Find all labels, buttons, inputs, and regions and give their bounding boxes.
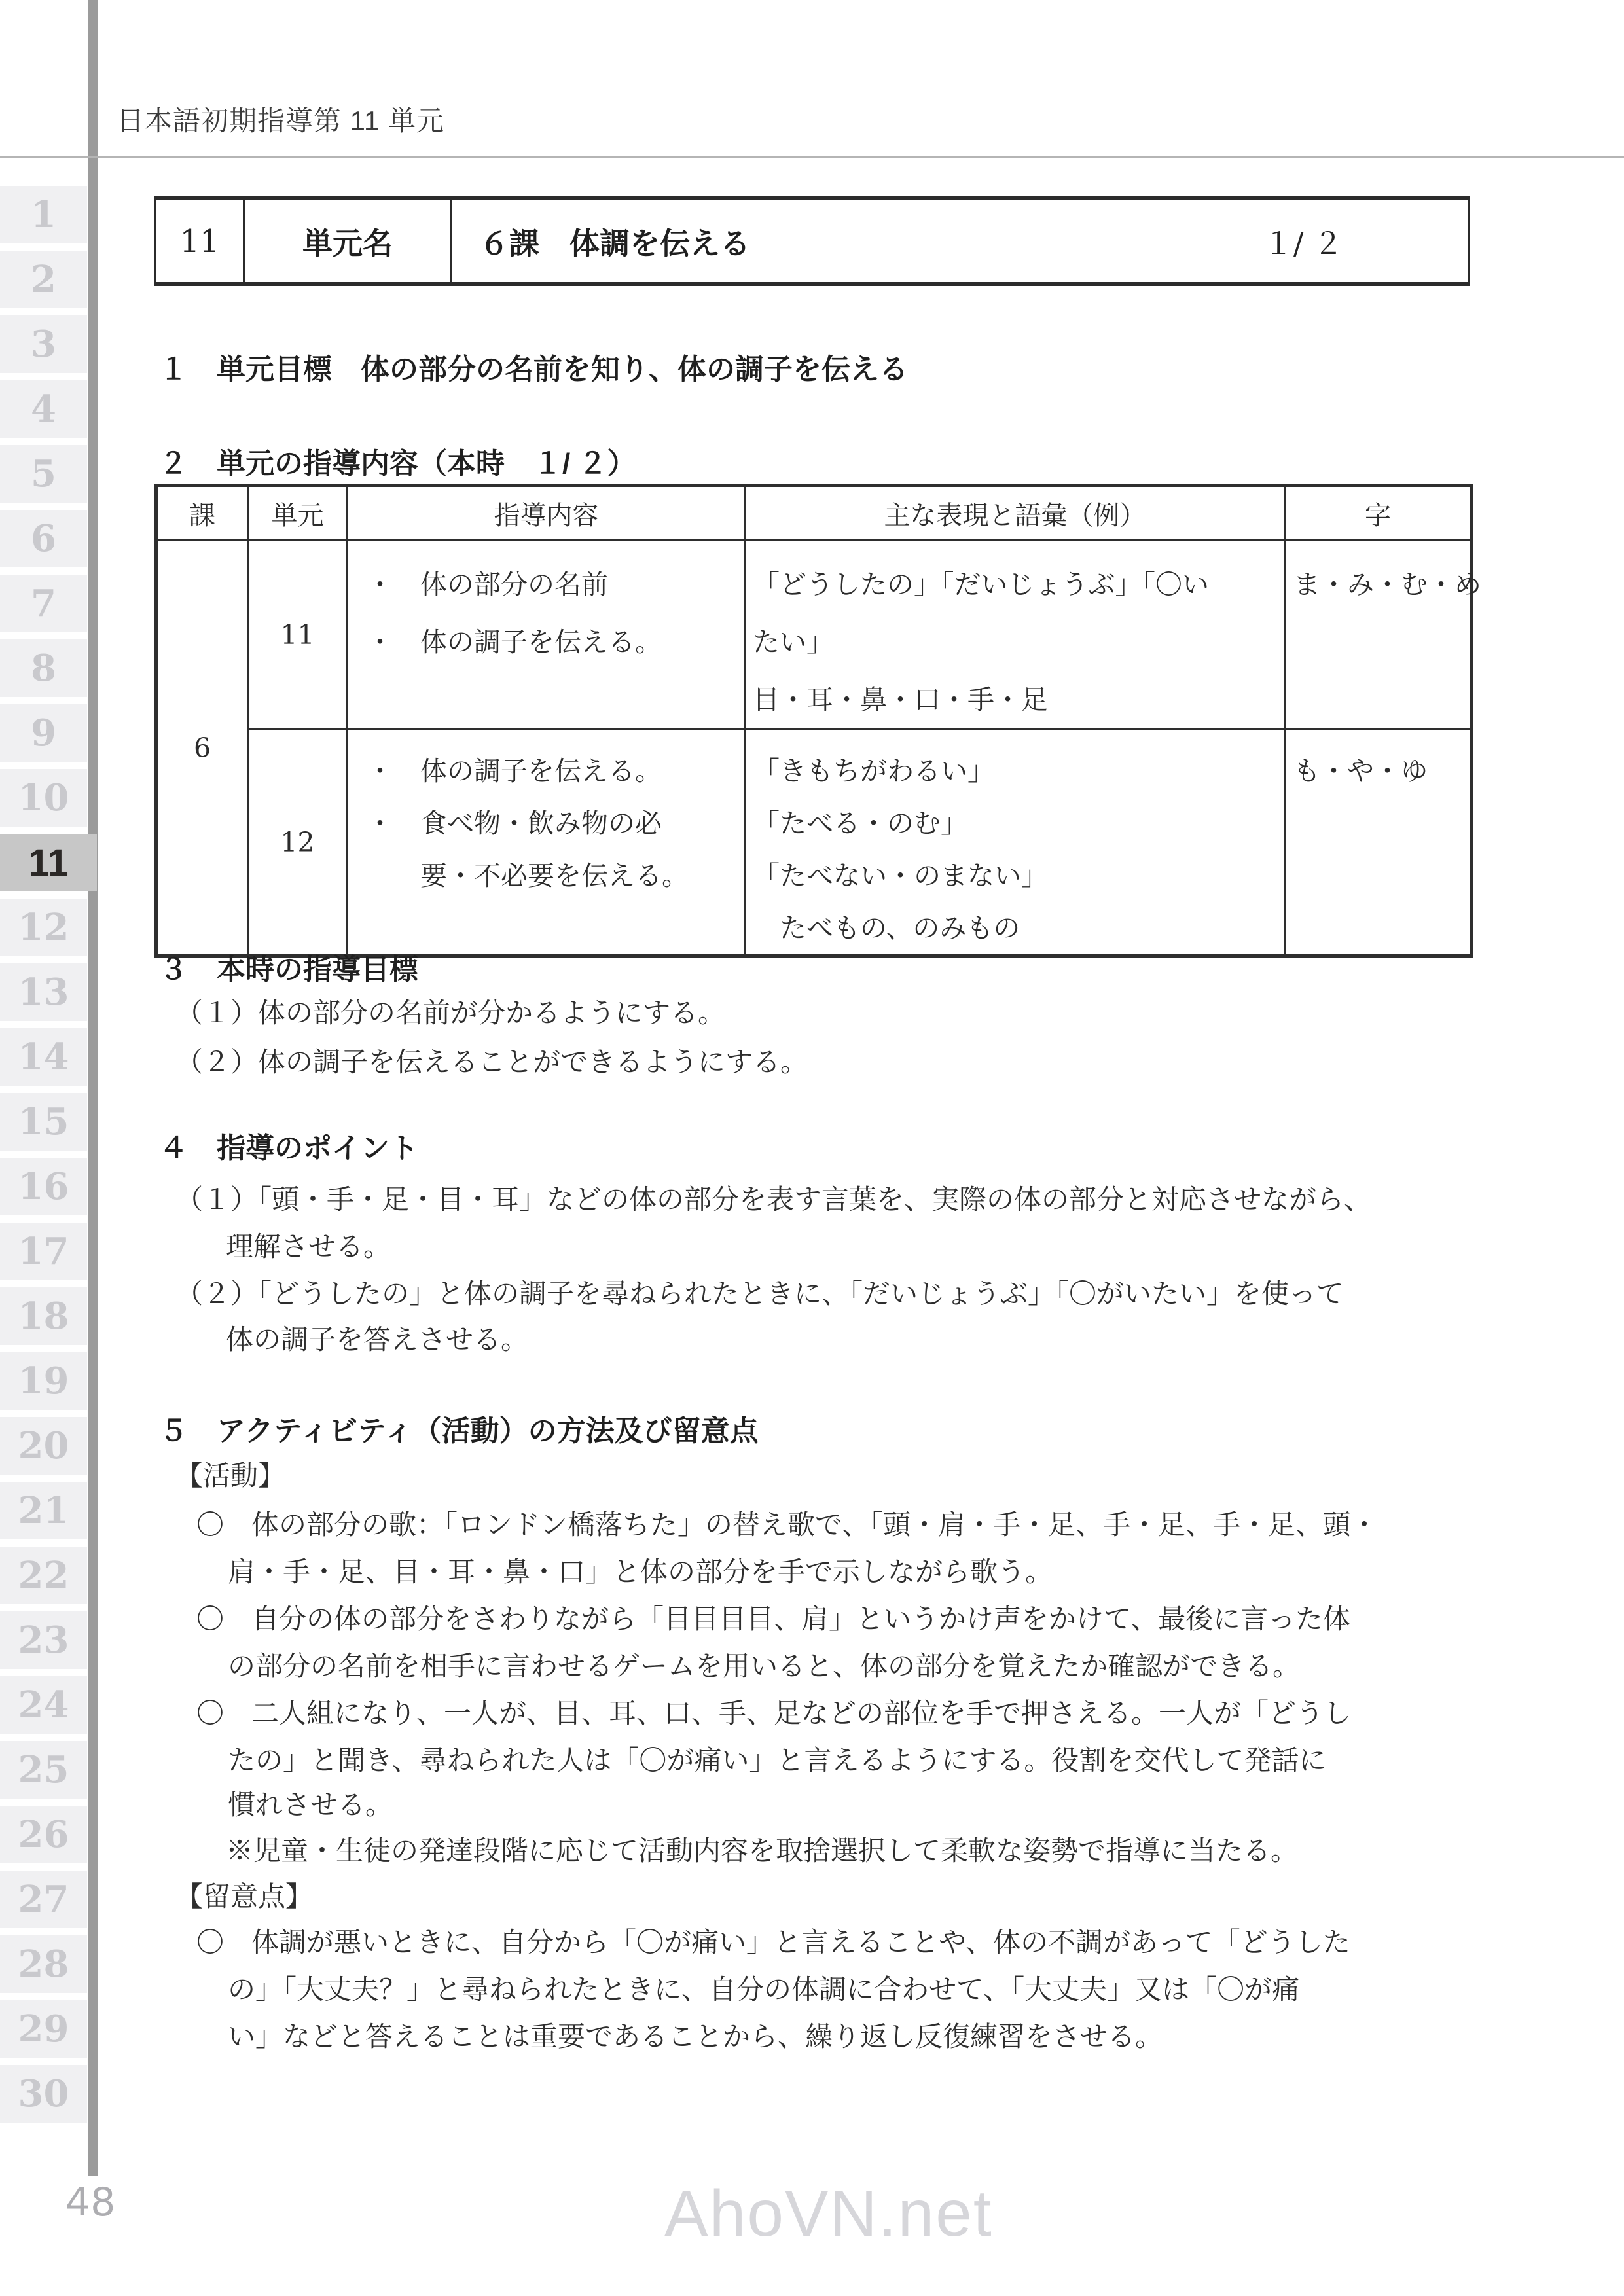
sidebar-tab-30[interactable]: 30 (0, 2065, 87, 2123)
col-header-unit: 単元 (248, 486, 348, 541)
sidebar-tab-2[interactable]: 2 (0, 251, 87, 308)
unit-title-wrap: ６課 体調を伝える １/ ２ (453, 220, 1468, 263)
caution-label: 【留意点】 (175, 1875, 313, 1914)
sidebar-tab-13[interactable]: 13 (0, 963, 87, 1021)
unit12-expr-line1: 「きもちがわるい」 (753, 745, 1284, 797)
unit11-content-line2: ・ 体の調子を伝える。 (367, 613, 744, 671)
sidebar-tab-3[interactable]: 3 (0, 315, 87, 373)
col-header-expressions: 主な表現と語彙（例） (746, 486, 1285, 541)
sidebar-tab-4[interactable]: 4 (0, 380, 87, 438)
table-row-unit12: 12 ・ 体の調子を伝える。 ・ 食べ物・飲み物の必 要・不必要を伝える。 「き… (156, 730, 1472, 956)
sidebar-tab-10[interactable]: 10 (0, 769, 87, 827)
section2-heading: ２ 単元の指導内容（本時 １/ ２） (159, 440, 636, 482)
sidebar-tab-19[interactable]: 19 (0, 1352, 87, 1410)
unit12-expr-line3: 「たべない・のまない」 (753, 850, 1284, 902)
col-header-characters: 字 (1285, 486, 1472, 541)
sidebar-tab-5[interactable]: 5 (0, 445, 87, 503)
unit11-expressions-cell: 「どうしたの」「だいじょうぶ」「〇い たい」 目・耳・鼻・口・手・足 (746, 541, 1285, 730)
sidebar-tab-25[interactable]: 25 (0, 1741, 87, 1799)
section3-heading: ３ 本時の指導目標 (159, 946, 418, 988)
activity3-line1: 〇 二人組になり、一人が、目、耳、口、手、足などの部位を手で押さえる。一人が「ど… (196, 1692, 1351, 1731)
unit-page-indicator: １/ ２ (1263, 220, 1343, 263)
sidebar-tab-11[interactable]: 11 (0, 834, 97, 891)
caution1-line3: い」などと答えることは重要であることから、繰り返し反復練習をさせる。 (228, 2015, 1163, 2054)
unit11-expr-line2: たい」 (753, 613, 1284, 671)
unit11-expr-line1: 「どうしたの」「だいじょうぶ」「〇い (753, 556, 1284, 613)
sidebar-tab-22[interactable]: 22 (0, 1547, 87, 1604)
point1-line1: （１）「頭・手・足・目・耳」などの体の部分を表す言葉を、実際の体の部分と対応させ… (175, 1178, 1371, 1217)
unit12-content-line2: ・ 食べ物・飲み物の必 (367, 797, 744, 850)
section1-heading: １ 単元目標 体の部分の名前を知り、体の調子を伝える (159, 346, 908, 387)
section5-heading: ５ アクティビティ（活動）の方法及び留意点 (159, 1407, 759, 1449)
watermark: AhoVN.net (664, 2176, 993, 2251)
activity3-line2: たの」と聞き、尋ねられた人は「〇が痛い」と言えるようにする。役割を交代して発話に (228, 1739, 1326, 1778)
sidebar-tab-21[interactable]: 21 (0, 1482, 87, 1539)
unit-number: 11 (156, 198, 244, 284)
unit12-number-cell: 12 (248, 730, 348, 956)
sidebar-tab-28[interactable]: 28 (0, 1935, 87, 1993)
sidebar-tab-18[interactable]: 18 (0, 1287, 87, 1345)
point1-line2: 理解させる。 (226, 1225, 391, 1265)
sidebar-tab-14[interactable]: 14 (0, 1028, 87, 1086)
sidebar-tab-26[interactable]: 26 (0, 1806, 87, 1863)
section4-heading: ４ 指導のポイント (159, 1124, 418, 1166)
goal-item-1: （１）体の部分の名前が分かるようにする。 (175, 992, 725, 1031)
sidebar-tab-7[interactable]: 7 (0, 575, 87, 632)
sidebar-tab-9[interactable]: 9 (0, 704, 87, 762)
sidebar-tab-23[interactable]: 23 (0, 1611, 87, 1669)
unit12-characters: も・や・ゆ (1293, 745, 1470, 797)
activity2-line1: 〇 自分の体の部分をさわりながら「目目目目、肩」というかけ声をかけて、最後に言っ… (196, 1598, 1350, 1637)
unit-name-label: 単元名 (244, 198, 452, 284)
sidebar-tab-15[interactable]: 15 (0, 1093, 87, 1151)
unit12-content-line1: ・ 体の調子を伝える。 (367, 745, 744, 797)
sidebar: 1234567891011121314151617181920212223242… (0, 186, 98, 2123)
unit12-expr-line4: たべもの、のみもの (753, 902, 1284, 954)
header-divider (0, 156, 1624, 158)
page: 1234567891011121314151617181920212223242… (0, 0, 1624, 2296)
unit11-expr-line3: 目・耳・鼻・口・手・足 (753, 671, 1284, 728)
unit-title-cell: ６課 体調を伝える １/ ２ (452, 198, 1470, 284)
unit12-expressions-cell: 「きもちがわるい」 「たべる・のむ」 「たべない・のまない」 たべもの、のみもの (746, 730, 1285, 956)
unit-content-table: 課 単元 指導内容 主な表現と語彙（例） 字 6 11 ・ 体の部分の名前 ・ … (154, 484, 1473, 958)
activity-note: ※児童・生徒の発達段階に応じて活動内容を取捨選択して柔軟な姿勢で指導に当たる。 (226, 1829, 1298, 1869)
unit-title-table: 11 単元名 ６課 体調を伝える １/ ２ (154, 196, 1470, 286)
unit11-number-cell: 11 (248, 541, 348, 730)
activity-label: 【活動】 (175, 1454, 285, 1494)
sidebar-tab-20[interactable]: 20 (0, 1417, 87, 1475)
unit12-content-cell: ・ 体の調子を伝える。 ・ 食べ物・飲み物の必 要・不必要を伝える。 (348, 730, 746, 956)
unit11-content-cell: ・ 体の部分の名前 ・ 体の調子を伝える。 (348, 541, 746, 730)
sidebar-tab-1[interactable]: 1 (0, 186, 87, 243)
col-header-content: 指導内容 (348, 486, 746, 541)
unit11-characters-cell: ま・み・む・め (1285, 541, 1472, 730)
activity1-line1: 〇 体の部分の歌：「ロンドン橋落ちた」の替え歌で、「頭・肩・手・足、手・足、手・… (196, 1503, 1378, 1543)
point2-line2: 体の調子を答えさせる。 (226, 1318, 528, 1357)
col-header-lesson: 課 (156, 486, 248, 541)
lesson-number-cell: 6 (156, 541, 248, 956)
sidebar-tab-17[interactable]: 17 (0, 1223, 87, 1280)
unit12-content-line3: 要・不必要を伝える。 (367, 850, 744, 902)
sidebar-tab-12[interactable]: 12 (0, 899, 87, 956)
caution1-line2: の」「大丈夫？」と尋ねられたときに、自分の体調に合わせて、「大丈夫」又は「〇が痛 (228, 1968, 1299, 2007)
activity1-line2: 肩・手・足、目・耳・鼻・口」と体の部分を手で示しながら歌う。 (228, 1551, 1053, 1590)
goal-item-2: （２）体の調子を伝えることができるようにする。 (175, 1041, 808, 1080)
activity3-line3: 慣れさせる。 (228, 1784, 393, 1823)
sidebar-tab-8[interactable]: 8 (0, 639, 87, 697)
sidebar-tab-27[interactable]: 27 (0, 1871, 87, 1928)
sidebar-tab-29[interactable]: 29 (0, 2000, 87, 2058)
unit12-characters-cell: も・や・ゆ (1285, 730, 1472, 956)
sidebar-tab-6[interactable]: 6 (0, 510, 87, 567)
caution1-line1: 〇 体調が悪いときに、自分から「〇が痛い」と言えることや、体の不調があって「どう… (196, 1921, 1350, 1960)
document-header-title: 日本語初期指導第 11 単元 (117, 99, 444, 139)
unit-title-text: ６課 体調を伝える (479, 220, 750, 263)
unit-title-row: 11 単元名 ６課 体調を伝える １/ ２ (156, 198, 1470, 284)
sidebar-tab-24[interactable]: 24 (0, 1676, 87, 1734)
unit12-expr-line2: 「たべる・のむ」 (753, 797, 1284, 850)
activity2-line2: の部分の名前を相手に言わせるゲームを用いると、体の部分を覚えたか確認ができる。 (228, 1645, 1300, 1684)
table-header-row: 課 単元 指導内容 主な表現と語彙（例） 字 (156, 486, 1472, 541)
sidebar-tab-16[interactable]: 16 (0, 1158, 87, 1215)
page-number: 48 (65, 2179, 115, 2225)
point2-line1: （２）「どうしたの」と体の調子を尋ねられたときに、「だいじょうぶ」「〇がいたい」… (175, 1272, 1344, 1312)
table-row-unit11: 6 11 ・ 体の部分の名前 ・ 体の調子を伝える。 「どうしたの」「だいじょう… (156, 541, 1472, 730)
unit11-content-line1: ・ 体の部分の名前 (367, 556, 744, 613)
unit11-characters: ま・み・む・め (1293, 556, 1470, 613)
